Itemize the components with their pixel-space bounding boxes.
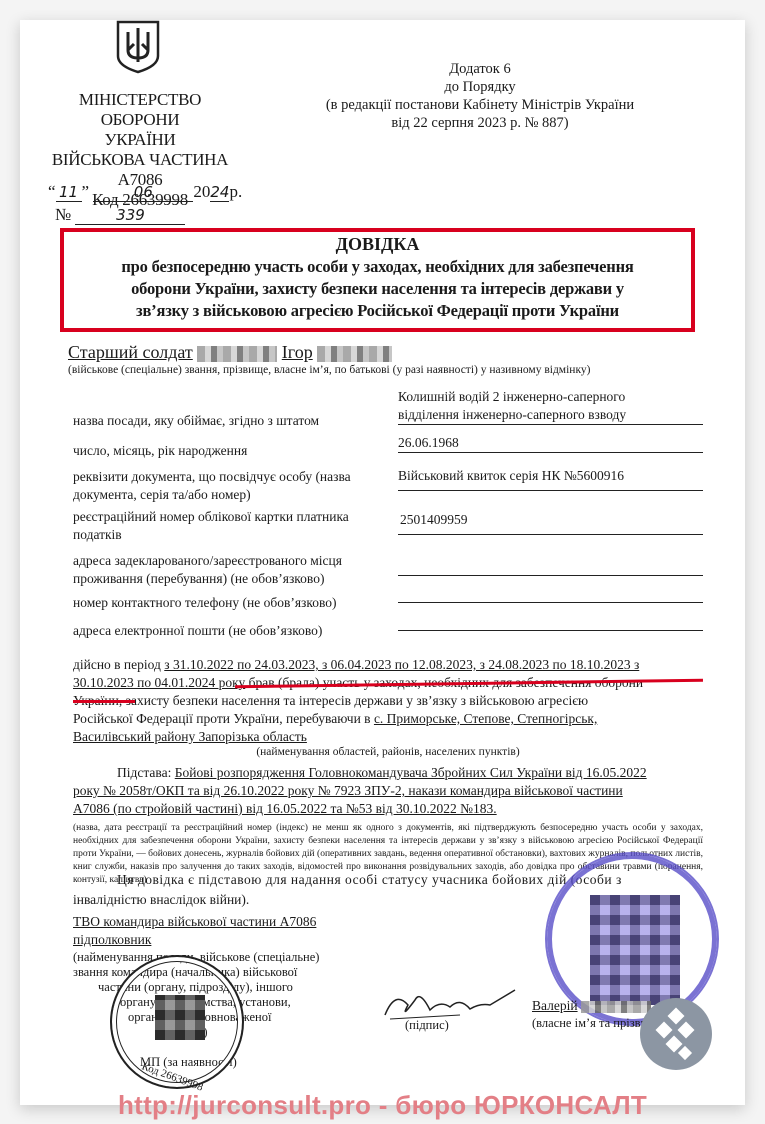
participation-periods-1: з 31.10.2022 по 24.03.2023, з 06.04.2023… <box>164 657 639 672</box>
field-value-position-line2: відділення інженерно-саперного взводу <box>398 406 703 425</box>
field-label-birthdate: число, місяць, рік народження <box>73 442 247 460</box>
subtitle-line3: зв’язку з військовою агресією Російської… <box>64 300 691 322</box>
redacted-surname <box>197 346 277 362</box>
signer-rank: підполковник <box>73 932 151 947</box>
annex-line3: (в редакції постанови Кабінету Міністрів… <box>320 96 640 114</box>
date-day: 11 <box>56 183 82 202</box>
signature-hint: (підпис) <box>405 1018 449 1033</box>
number-value: 339 <box>75 206 185 225</box>
signer-position: ТВО командира військової частини А7086 <box>73 914 316 929</box>
document-title-highlight: ДОВІДКА про безпосередню участь особи у … <box>60 228 695 332</box>
field-value-position-line1: Колишній водій 2 інженерно-саперного <box>398 388 625 406</box>
date-year-prefix: 20 <box>193 182 210 201</box>
signature-scribble-icon <box>380 985 520 1025</box>
document-title: ДОВІДКА <box>64 234 691 255</box>
field-label-email: адреса електронної пошти (не обов’язково… <box>73 622 322 640</box>
field-label-tax-id-2: податків <box>73 526 122 544</box>
field-value-tax-id: 2501409959 <box>400 512 468 528</box>
basis-line2: року № 2058т/ОКП та від 26.10.2022 року … <box>73 783 623 798</box>
basis-line3: А7086 (по стройовій частині) від 16.05.2… <box>73 801 497 816</box>
field-label-position: назва посади, яку обіймає, згідно з штат… <box>73 412 319 430</box>
field-value-birthdate: 26.06.1968 <box>398 434 703 453</box>
date-month: 06 <box>93 183 193 202</box>
red-underline-mark-2 <box>73 700 135 703</box>
signer-name: Валерій <box>532 998 651 1013</box>
annex-line2: до Порядку <box>320 78 640 96</box>
participation-line3: захисту безпеки населення та інтересів д… <box>122 693 588 708</box>
ministry-line2: УКРАЇНИ <box>40 130 240 150</box>
redacted-stamp-center <box>590 895 680 1005</box>
basis-paragraph: Підстава: Бойові розпорядження Головноко… <box>73 764 703 818</box>
number-label: № <box>55 205 71 224</box>
field-line-tax-id <box>398 534 703 535</box>
participation-places: с. Приморське, Степове, Степногірськ, <box>374 711 597 726</box>
field-line-address <box>398 575 703 576</box>
participation-paragraph: дійсно в період з 31.10.2022 по 24.03.20… <box>73 656 703 746</box>
basis-label: Підстава: <box>117 765 175 780</box>
document-subtitle: про безпосередню участь особи у заходах,… <box>64 256 691 322</box>
annex-line4: від 22 серпня 2023 р. № 887) <box>320 114 640 132</box>
puzzle-badge-icon <box>640 998 712 1070</box>
participation-periods-2: 30.10.2023 по 04.01.2024 року <box>73 675 245 690</box>
field-line-email <box>398 630 703 631</box>
date-suffix: р. <box>229 182 242 201</box>
redacted-seal-center <box>155 995 205 1040</box>
issue-date: “11” 062024р. <box>48 182 242 202</box>
person-name-hint: (військове (спеціальне) звання, прізвище… <box>68 364 590 376</box>
person-name: Старший солдат Ігор <box>68 342 392 363</box>
trident-coat-of-arms-icon <box>115 20 161 74</box>
subtitle-line2: оборони України, захисту безпеки населен… <box>64 278 691 300</box>
field-label-address-1: адреса задекларованого/зареєстрованого м… <box>73 552 342 570</box>
unit-line1: ВІЙСЬКОВА ЧАСТИНА <box>40 150 240 170</box>
field-line-phone <box>398 602 703 603</box>
field-label-id-document-2: документа, серія та/або номер) <box>73 486 251 504</box>
annex-note: Додаток 6 до Порядку (в редакції постано… <box>320 60 640 132</box>
participation-region: Василівський району Запорізька область <box>73 729 307 744</box>
ministry-line1: МІНІСТЕРСТВО ОБОРОНИ <box>40 90 240 130</box>
annex-line1: Додаток 6 <box>320 60 640 78</box>
watermark-link[interactable]: http://jurconsult.pro - бюро ЮРКОНСАЛТ <box>0 1090 765 1121</box>
field-label-tax-id-1: реєстраційний номер облікової картки пла… <box>73 508 349 526</box>
basis-line1: Бойові розпорядження Головнокомандувача … <box>175 765 647 780</box>
document-number: № 339 <box>55 205 185 225</box>
field-label-phone: номер контактного телефону (не обов’язко… <box>73 594 337 612</box>
subtitle-line1: про безпосередню участь особи у заходах,… <box>64 256 691 278</box>
signer-first-name: Валерій <box>532 998 578 1013</box>
person-rank: Старший солдат <box>68 342 193 362</box>
field-line-id-document <box>398 490 703 491</box>
field-label-address-2: проживання (перебування) (не обов’язково… <box>73 570 324 588</box>
participation-prefix: дійсно в період <box>73 657 164 672</box>
date-year-suffix: 24 <box>210 183 229 202</box>
redacted-patronymic <box>317 346 392 362</box>
person-first-name: Ігор <box>282 342 313 362</box>
participation-line4: Російської Федерації проти України, пере… <box>73 711 374 726</box>
field-value-id-document: Військовий квиток серія НК №5600916 <box>398 468 624 484</box>
field-label-id-document-1: реквізити документа, що посвідчує особу … <box>73 468 351 486</box>
participation-hint: (найменування областей, районів, населен… <box>73 746 703 758</box>
